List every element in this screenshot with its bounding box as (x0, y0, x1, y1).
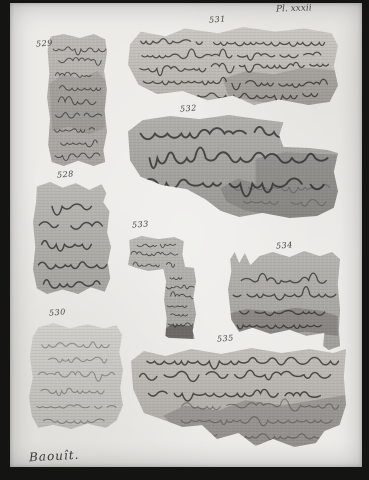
handwriting-lines-faint (178, 399, 337, 443)
fragment-533-number-label: 533 (132, 219, 149, 229)
papyrus-fragment-529 (47, 34, 107, 166)
papyrus-fragment-534 (228, 249, 340, 350)
handwriting-lines (132, 119, 329, 187)
handwriting-lines (130, 238, 184, 269)
plate-number-label: Pl. xxxii (276, 3, 312, 14)
fragment-530-number-label: 530 (49, 307, 66, 317)
papyrus-fragment-528 (33, 182, 111, 294)
fragment-531-number-label: 531 (209, 14, 226, 24)
papyrus-fragment-531 (128, 27, 338, 105)
fragment-532-number-label: 532 (180, 103, 197, 113)
plate-caption: Baouît. (29, 448, 80, 465)
fragment-528-number-label: 528 (57, 169, 74, 179)
photograph-frame: Pl. xxxii (0, 0, 369, 480)
papyrus-fragment-530 (29, 322, 123, 429)
handwriting-lines (135, 351, 337, 399)
handwriting-lines (134, 30, 331, 102)
papyrus-fragment-533 (128, 236, 196, 339)
plate-background: Pl. xxxii (10, 3, 362, 467)
handwriting-lines (165, 270, 194, 334)
papyrus-fragment-532 (128, 115, 338, 218)
papyrus-fragment-535 (131, 347, 346, 447)
handwriting-lines (232, 253, 335, 338)
fragment-529-number-label: 529 (36, 38, 53, 48)
fragment-534-number-label: 534 (276, 240, 293, 250)
handwriting-lines (52, 38, 105, 162)
fragment-535-number-label: 535 (217, 333, 234, 343)
handwriting-lines (36, 189, 108, 288)
handwriting-lines-faint (35, 326, 118, 424)
handwriting-lines-faint (225, 179, 334, 216)
